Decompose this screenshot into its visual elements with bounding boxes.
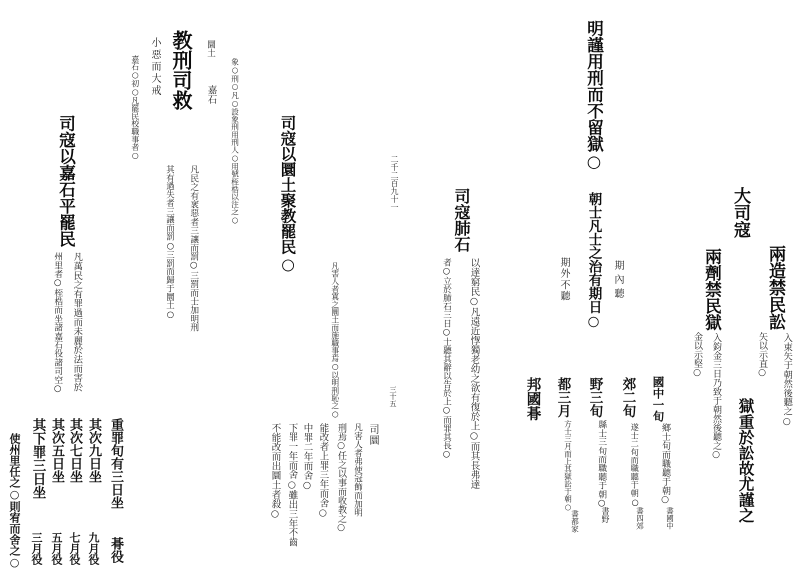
sentence-labor: 朞役 xyxy=(109,537,122,563)
term-fief-annotation: 方士三月而上其獄訟于朝○ xyxy=(564,420,572,512)
round-earth-heading: 司寇以圜土聚教罷民○ xyxy=(280,115,296,274)
term-countryside-place: 野三旬 xyxy=(587,377,601,418)
criminal-case-side-annotation: 金以示堅○ xyxy=(692,332,701,378)
sentence-sit: 其次五日坐 xyxy=(50,418,63,483)
principle-heading: 明謹用刑而不留獄○ xyxy=(585,20,602,171)
fine-stone-heading: 司寇以嘉石平罷民 xyxy=(57,115,74,247)
xiang-xing-annotation: 象○刑○凡○設象刑用刑人○用號桎梏以注之○ xyxy=(231,58,239,225)
fine-stone-side-annotation: 嘉石○初○凡罷民校職事者○ xyxy=(131,55,139,160)
da-sikou-conclusion: 獄重於訟故尤謹之 xyxy=(738,398,754,523)
si-jiu-rule-2: 其有過失者三讓而罰○三罰而歸于圜土○ xyxy=(166,165,174,319)
term-capital-tag: 書國中 xyxy=(666,507,674,530)
release-clause: 使州里任之○則宥而舍之○ xyxy=(9,433,20,569)
sentence-sit: 重罪旬有三日坐 xyxy=(109,418,122,509)
litigation-side-annotation: 矢以示直○ xyxy=(757,332,766,378)
lung-stone-annotation-2: 者○立於肺石三日○士聽其辭以告於上○而罪其長○ xyxy=(442,258,451,460)
chaoshi-heading: 朝士凡士之治有期日○ xyxy=(586,192,600,330)
term-capital-place: 國中一旬 xyxy=(652,376,664,422)
term-suburb-annotation: 遂士二旬而職聽于朝○ xyxy=(631,423,639,507)
term-fief-tag: 書都家 xyxy=(571,510,579,533)
fine-stone-annotation-2: 州里者○桎梏而坐諸嘉石役諸司空○ xyxy=(53,252,62,394)
criminal-case-clause: 兩劑禁民獄 xyxy=(703,248,720,331)
si-yuan-line: 凡害人者弗使冠飾而加明 xyxy=(353,423,362,517)
term-suburb-place: 郊二旬 xyxy=(620,377,634,418)
round-earth-annotation: 凡害人者寘之圜土而施職事焉○以明刑恥之○ xyxy=(331,262,339,419)
criminal-case-annotation: 入鈞金三日乃致于朝然後聽之○ xyxy=(711,333,720,460)
term-fief-place: 都三月 xyxy=(555,377,569,418)
section-title-da-sikou: 大司寇 xyxy=(731,187,748,238)
term-capital-annotation: 鄉士旬而職聽于朝○ xyxy=(660,423,669,505)
within-term-annotation: 期內聽 xyxy=(612,260,622,302)
si-yuan-heading: 司圜 xyxy=(367,424,377,446)
lung-stone-heading: 司寇肺石 xyxy=(453,188,469,252)
sentence-labor: 五月役 xyxy=(51,532,62,565)
si-yuan-line: 不能改而出圜土者殺○ xyxy=(270,423,280,520)
scanned-page: 二千二百九十一 三十五 大司寇 兩造禁民訟 入束矢于朝然後聽之○ 矢以示直○ 兩… xyxy=(0,0,800,575)
character-count-lower: 三十五 xyxy=(389,386,396,407)
term-countryside-annotation: 縣士三旬而職聽于朝○ xyxy=(597,420,606,508)
small-evil-annotation: 小惡而大戒 xyxy=(149,37,159,97)
si-yuan-line: 能改者上罪三年而舍○ xyxy=(318,423,327,519)
si-jiu-rule-1: 凡民之有衺惡者三讓而罰○三罰而士加明刑 xyxy=(189,165,198,332)
term-states-place: 邦國朞 xyxy=(525,377,540,421)
si-yuan-line: 中罪二年而舍○ xyxy=(302,423,312,491)
litigation-annotation: 入束矢于朝然後聽之○ xyxy=(782,333,791,427)
label-fine-stone: 嘉石 xyxy=(206,85,216,104)
lung-stone-annotation-1: 以達窮民○凡遠近惸獨老幼之欲有復於上○而其長弗達 xyxy=(469,258,479,489)
term-suburb-tag: 書四郊 xyxy=(636,507,644,530)
litigation-clause: 兩造禁民訟 xyxy=(766,245,783,330)
sentence-sit: 其次九日坐 xyxy=(87,418,100,483)
fine-stone-annotation-1: 凡萬民之有罪過而未麗於法而害於 xyxy=(72,252,81,392)
sentence-sit: 其次七日坐 xyxy=(68,418,81,483)
si-yuan-line: 下罪一年而舍○雖出三年不齒 xyxy=(287,423,296,547)
sentence-labor: 三月役 xyxy=(31,532,42,565)
sentence-labor: 七月役 xyxy=(69,532,80,565)
term-countryside-tag: 書野 xyxy=(601,507,609,523)
sentence-labor: 九月役 xyxy=(88,532,99,565)
sentence-sit: 其下罪三日坐 xyxy=(30,418,44,499)
si-jiu-heading: 教刑司救 xyxy=(171,30,191,110)
label-round-earth: 圜土 xyxy=(206,40,215,57)
outside-term-annotation: 期外不聽 xyxy=(558,257,568,302)
si-yuan-line: 刑焉○任之以事而收教之○ xyxy=(336,423,345,533)
character-count-upper: 二千二百九十一 xyxy=(390,155,398,211)
